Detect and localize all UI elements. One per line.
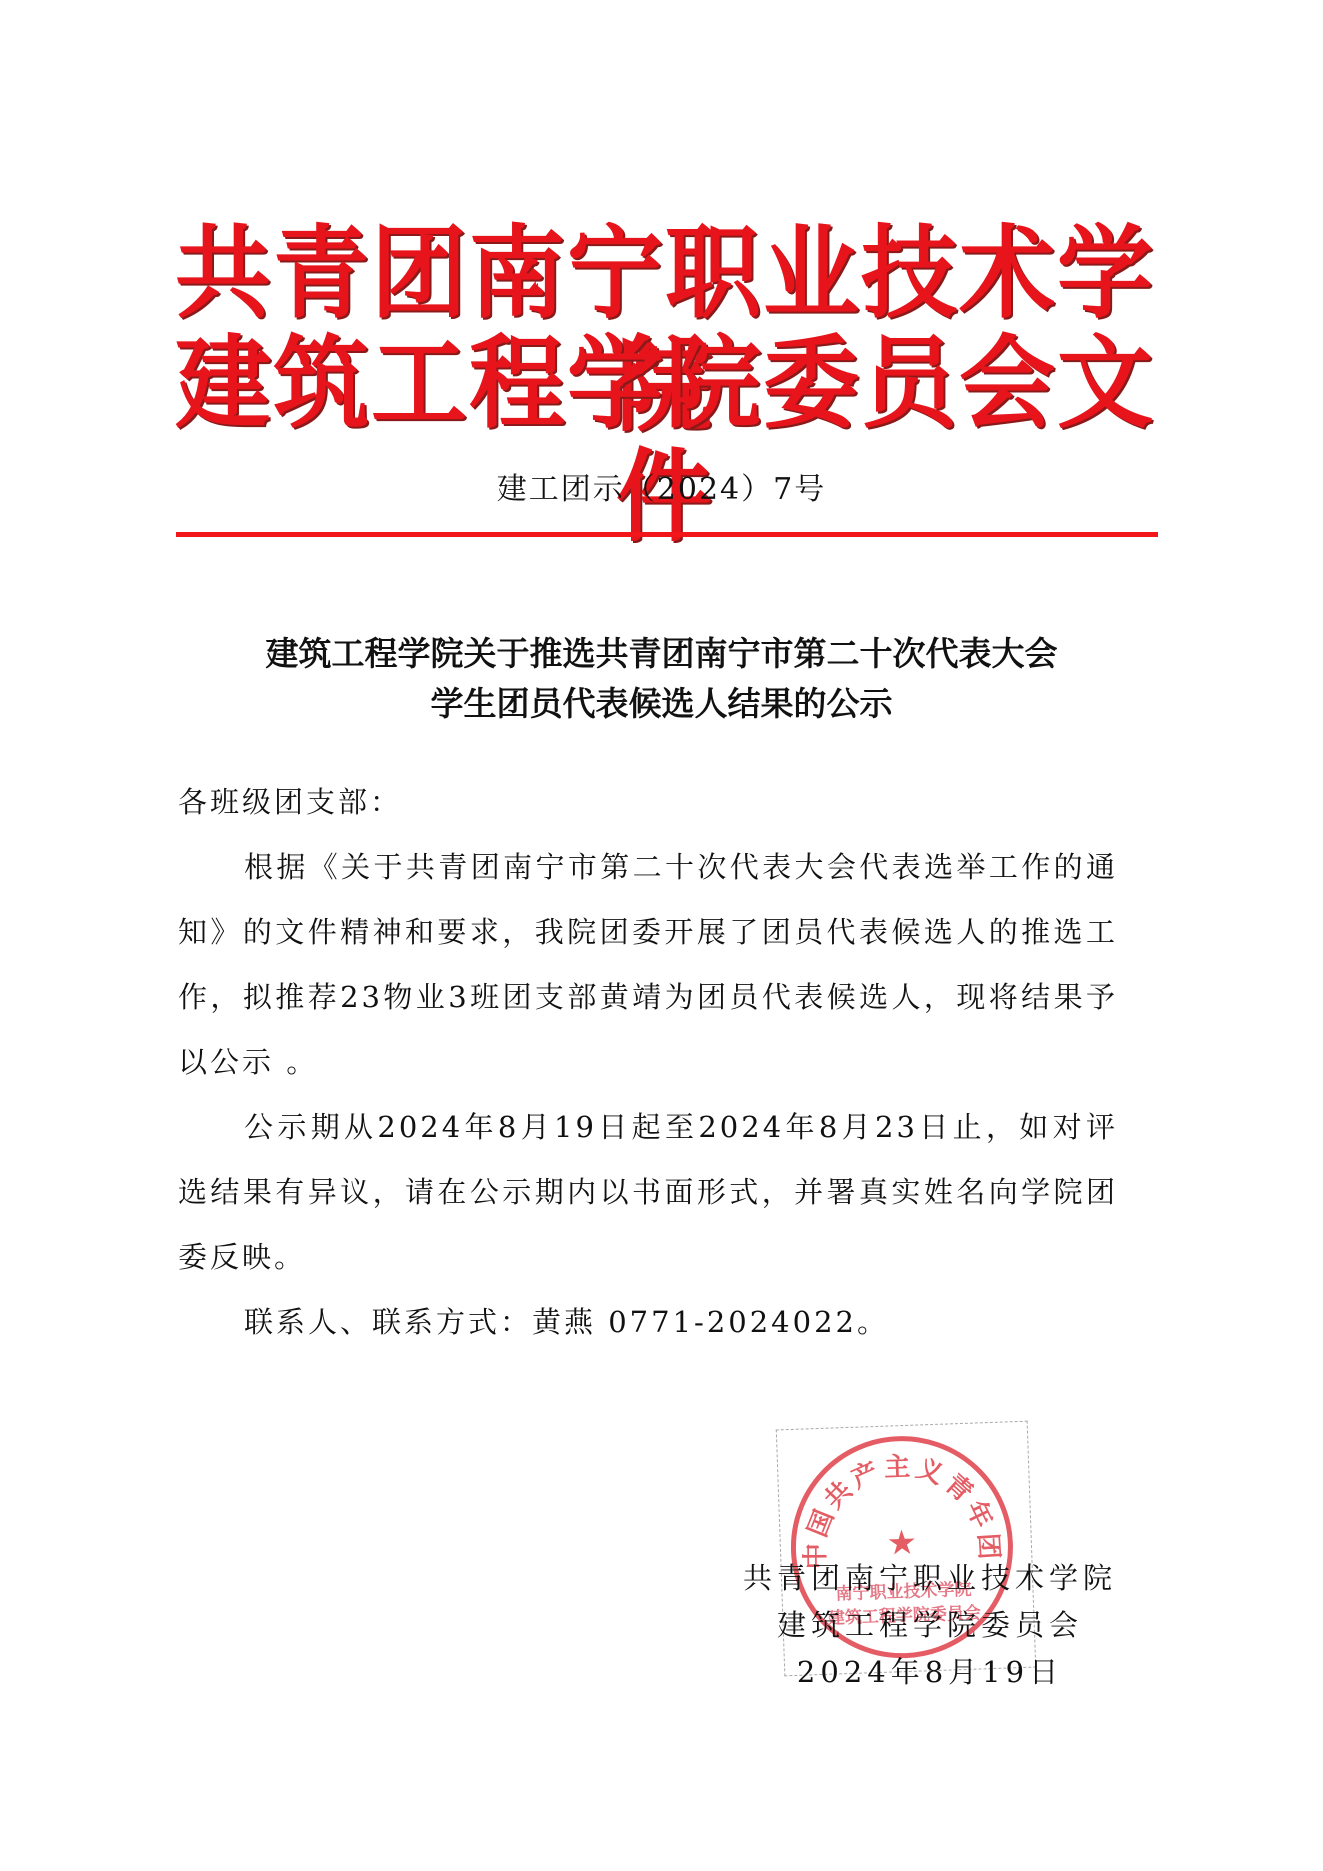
document-title-line-1: 建筑工程学院关于推选共青团南宁市第二十次代表大会 bbox=[0, 628, 1323, 675]
document-title-line-2: 学生团员代表候选人结果的公示 bbox=[0, 678, 1323, 725]
paragraph-announcement: 根据《关于共青团南宁市第二十次代表大会代表选举工作的通知》的文件精神和要求，我院… bbox=[178, 835, 1118, 1095]
red-divider-rule bbox=[176, 532, 1158, 537]
document-number: 建工团示（2024）7号 bbox=[0, 464, 1323, 508]
paragraph-contact: 联系人、联系方式：黄燕 0771-2024022。 bbox=[178, 1290, 1118, 1355]
signature-org-line-1: 共青团南宁职业技术学院 bbox=[700, 1556, 1160, 1597]
paragraph-publicity-period: 公示期从2024年8月19日起至2024年8月23日止，如对评选结果有异议，请在… bbox=[178, 1095, 1118, 1290]
signature-org-line-2: 建筑工程学院委员会 bbox=[700, 1603, 1160, 1644]
salutation: 各班级团支部： bbox=[178, 770, 1118, 835]
masthead-line-2: 建筑工程学院委员会文件 bbox=[170, 327, 1160, 554]
document-page: 共青团南宁职业技术学院 建筑工程学院委员会文件 建工团示（2024）7号 建筑工… bbox=[0, 0, 1323, 1871]
signature-date: 2024年8月19日 bbox=[700, 1650, 1160, 1691]
